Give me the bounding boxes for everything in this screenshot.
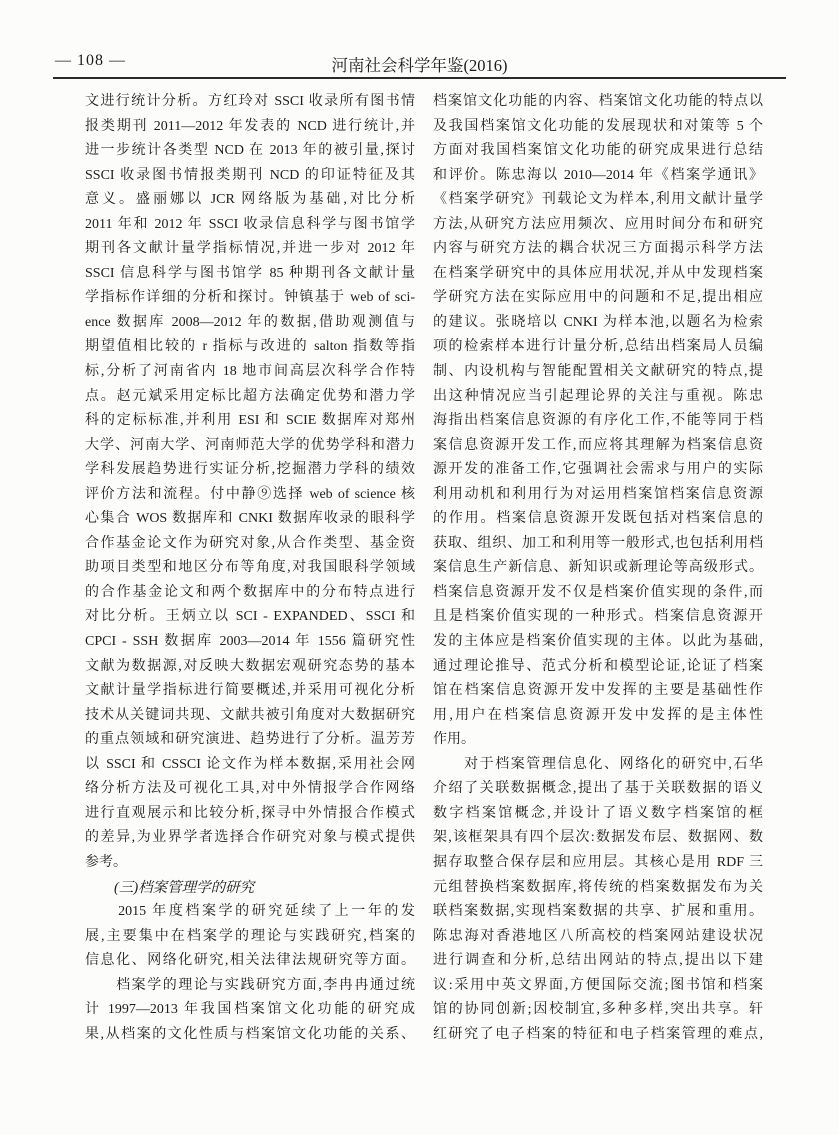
text-line: 架,该框架具有四个层次:数据发布层、数据网、数 (433, 826, 763, 851)
text-line: (三)档案管理学的研究 (85, 876, 415, 901)
text-line: 报类期刊 2011—2012 年发表的 NCD 进行统计,并 (85, 115, 415, 140)
text-line: 联档案数据,实现档案数据的共享、扩展和重用。 (433, 900, 763, 925)
text-line: 对于档案管理信息化、网络化的研究中,石华 (433, 753, 763, 778)
text-line: 的重点领域和研究演进、趋势进行了分析。温芳芳 (85, 728, 415, 753)
text-line: 助项目类型和地区分布等角度,对我国眼科学领域 (85, 556, 415, 581)
text-line: 文进行统计分析。方红玲对 SSCI 收录所有图书情 (85, 90, 415, 115)
text-line: 意义。盛丽娜以 JCR 网络版为基础,对比分析 (85, 188, 415, 213)
text-line: 馆的协同创新;因校制宜,多种多样,突出共享。轩 (433, 998, 763, 1023)
text-line: 《档案学研究》刊载论文为样本,利用文献计量学 (433, 188, 763, 213)
text-line: 案信息生产新信息、新知识或新理论等高级形式。 (433, 556, 763, 581)
text-line: 数字档案馆概念,并设计了语义数字档案馆的框 (433, 802, 763, 827)
header-divider (53, 77, 786, 79)
text-line: 档案馆文化功能的内容、档案馆文化功能的特点以 (433, 90, 763, 115)
text-line: 2015 年度档案学的研究延续了上一年的发 (85, 900, 415, 925)
text-line: 的建议。张晓培以 CNKI 为样本池,以题名为检索 (433, 311, 763, 336)
text-line: 大学、河南大学、河南师范大学的优势学科和潜力 (85, 434, 415, 459)
text-line: 进一步统计各类型 NCD 在 2013 年的被引量,探讨 (85, 139, 415, 164)
text-line: 点。赵元斌采用定标比超方法确定优势和潜力学 (85, 385, 415, 410)
text-line: 学研究方法在实际应用中的问题和不足,提出相应 (433, 286, 763, 311)
text-line: 方法,从研究方法应用频次、应用时间分布和研究 (433, 213, 763, 238)
text-line: 红研究了电子档案的特征和电子档案管理的难点, (433, 1023, 763, 1048)
text-line: 学指标作详细的分析和探讨。钟镇基于 web of sci- (85, 286, 415, 311)
text-line: 档案学的理论与实践研究方面,李冉冉通过统 (85, 974, 415, 999)
text-line: 介绍了关联数据概念,提出了基于关联数据的语义 (433, 777, 763, 802)
text-line: 信息化、网络化研究,相关法律法规研究等方面。 (85, 949, 415, 974)
text-line: 展,主要集中在档案学的理论与实践研究,档案的 (85, 925, 415, 950)
left-column: 文进行统计分析。方红玲对 SSCI 收录所有图书情报类期刊 2011—2012 … (85, 90, 415, 1047)
text-line: 果,从档案的文化性质与档案馆文化功能的关系、 (85, 1023, 415, 1048)
text-line: 参考。 (85, 851, 415, 876)
text-line: 的差异,为业界学者选择合作研究对象与模式提供 (85, 826, 415, 851)
text-line: 用,用户在档案信息资源开发中发挥的是主体性 (433, 704, 763, 729)
text-line: 及我国档案馆文化功能的发展现状和对策等 5 个 (433, 115, 763, 140)
text-line: 且是档案价值实现的一种形式。档案信息资源开 (433, 605, 763, 630)
text-line: 络分析方法及可视化工具,对中外情报学合作网络 (85, 777, 415, 802)
text-line: 元组替换档案数据库,将传统的档案数据发布为关 (433, 876, 763, 901)
text-line: 项的检索样本进行计量分析,总结出档案局人员编 (433, 335, 763, 360)
text-line: 合作基金论文作为研究对象,从合作类型、基金资 (85, 532, 415, 557)
text-line: 的作用。档案信息资源开发既包括对档案信息的 (433, 507, 763, 532)
text-line: 进行调查和分析,总结出网站的特点,提出以下建 (433, 949, 763, 974)
text-line: 馆在档案信息资源开发中发挥的主要是基础性作 (433, 679, 763, 704)
text-line: 期刊各文献计量学指标情况,并进一步对 2012 年 (85, 237, 415, 262)
text-line: 案信息资源开发工作,而应将其理解为档案信息资 (433, 434, 763, 459)
scanned-book-page: — 108 — 河南社会科学年鉴(2016) 文进行统计分析。方红玲对 SSCI… (0, 0, 839, 1135)
text-line: 科的定标标准,并利用 ESI 和 SCIE 数据库对郑州 (85, 409, 415, 434)
text-line: 制、内设机构与智能配置相关文献研究的特点,提 (433, 360, 763, 385)
text-line: 发的主体应是档案价值实现的主体。以此为基础, (433, 630, 763, 655)
text-line: 获取、组织、加工和利用等一般形式,也包括利用档 (433, 532, 763, 557)
text-line: 文献为数据源,对反映大数据宏观研究态势的基本 (85, 655, 415, 680)
text-line: 作用。 (433, 728, 763, 753)
text-line: 进行直观展示和比较分析,探寻中外情报合作模式 (85, 802, 415, 827)
text-line: 对比分析。王炳立以 SCI - EXPANDED、SSCI 和 (85, 605, 415, 630)
text-line: 学科发展趋势进行实证分析,挖掘潜力学科的绩效 (85, 458, 415, 483)
text-line: 心集合 WOS 数据库和 CNKI 数据库收录的眼科学 (85, 507, 415, 532)
text-line: 议:采用中英文界面,方便国际交流;图书馆和档案 (433, 974, 763, 999)
text-line: 计 1997—2013 年我国档案馆文化功能的研究成 (85, 998, 415, 1023)
text-line: 通过理论推导、范式分析和模型论证,论证了档案 (433, 655, 763, 680)
text-line: 陈忠海对香港地区八所高校的档案网站建设状况 (433, 925, 763, 950)
text-line: 标,分析了河南省内 18 地市间高层次科学合作特 (85, 360, 415, 385)
text-line: ence 数据库 2008—2012 年的数据,借助观测值与 (85, 311, 415, 336)
text-line: 以 SSCI 和 CSSCI 论文作为样本数据,采用社会网 (85, 753, 415, 778)
text-line: 在档案学研究中的具体应用状况,并从中发现档案 (433, 262, 763, 287)
text-line: 据存取整合保存层和应用层。其核心是用 RDF 三 (433, 851, 763, 876)
text-line: 利用动机和利用行为对运用档案馆档案信息资源 (433, 483, 763, 508)
right-column: 档案馆文化功能的内容、档案馆文化功能的特点以及我国档案馆文化功能的发展现状和对策… (433, 90, 763, 1047)
body-text: 文进行统计分析。方红玲对 SSCI 收录所有图书情报类期刊 2011—2012 … (85, 90, 763, 1047)
text-line: 的合作基金论文和两个数据库中的分布特点进行 (85, 581, 415, 606)
text-line: SSCI 收录图书情报类期刊 NCD 的印证特征及其 (85, 164, 415, 189)
text-line: 2011 年和 2012 年 SSCI 收录信息科学与图书馆学 (85, 213, 415, 238)
text-line: 评价方法和流程。付中静⑨选择 web of science 核 (85, 483, 415, 508)
text-line: 源开发的准备工作,它强调社会需求与用户的实际 (433, 458, 763, 483)
text-line: 内容与研究方法的耦合状况三方面揭示科学方法 (433, 237, 763, 262)
text-line: 海指出档案信息资源的有序化工作,不能等同于档 (433, 409, 763, 434)
text-line: 方面对我国档案馆文化功能的研究成果进行总结 (433, 139, 763, 164)
text-line: 期望值相比较的 r 指标与改进的 salton 指数等指 (85, 335, 415, 360)
text-line: 和评价。陈忠海以 2010—2014 年《档案学通讯》 (433, 164, 763, 189)
text-line: 技术从关键词共现、文献共被引角度对大数据研究 (85, 704, 415, 729)
text-line: CPCI - SSH 数据库 2003—2014 年 1556 篇研究性 (85, 630, 415, 655)
text-line: 档案信息资源开发不仅是档案价值实现的条件,而 (433, 581, 763, 606)
running-head-title: 河南社会科学年鉴(2016) (53, 52, 786, 76)
text-line: SSCI 信息科学与图书馆学 85 种期刊各文献计量 (85, 262, 415, 287)
text-line: 出这种情况应当引起理论界的关注与重视。陈忠 (433, 385, 763, 410)
page-header: — 108 — 河南社会科学年鉴(2016) (53, 52, 786, 78)
text-line: 文献计量学指标进行简要概述,并采用可视化分析 (85, 679, 415, 704)
